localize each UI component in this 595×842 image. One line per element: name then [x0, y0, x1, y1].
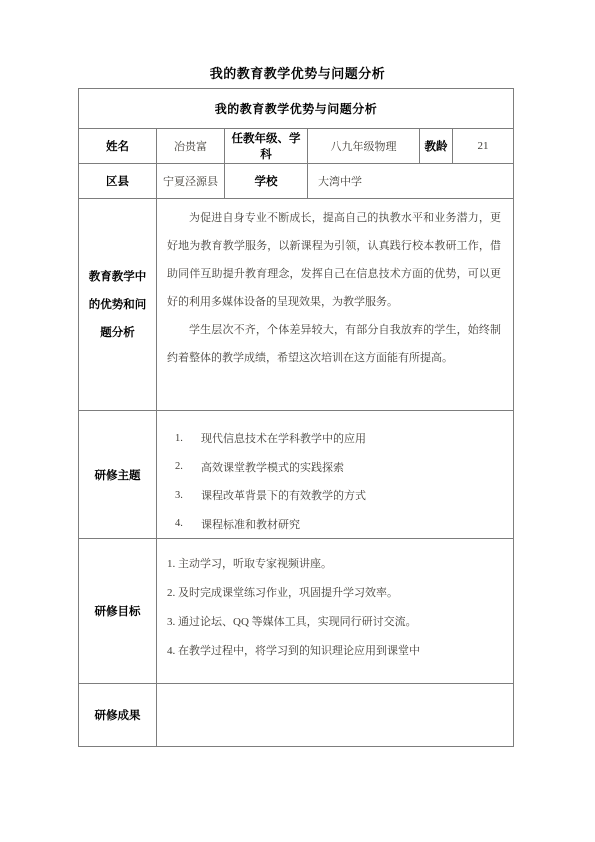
list-item: 2. 高效课堂教学模式的实践探索 — [167, 453, 501, 482]
analysis-row: 教育教学中 的优势和问 题分析 为促进自身专业不断成长，提高自己的执教水平和业务… — [79, 199, 514, 411]
grade-subject-label: 任教年级、学科 — [225, 129, 308, 164]
analysis-paragraph-1: 为促进自身专业不断成长，提高自己的执教水平和业务潜力，更好地为教育教学服务，以新… — [167, 204, 501, 316]
teaching-age-label: 教龄 — [420, 129, 453, 164]
list-item: 2. 及时完成课堂练习作业，巩固提升学习效率。 — [167, 579, 501, 608]
results-label: 研修成果 — [79, 684, 157, 747]
goals-row: 研修目标 1. 主动学习，听取专家视频讲座。 2. 及时完成课堂练习作业，巩固提… — [79, 539, 514, 684]
list-item: 3. 通过论坛、QQ 等媒体工具，实现同行研讨交流。 — [167, 608, 501, 637]
results-content — [157, 684, 514, 747]
info-row-name: 姓名 冶贵富 任教年级、学科 八九年级物理 教龄 21 — [79, 129, 514, 164]
goals-content: 1. 主动学习，听取专家视频讲座。 2. 及时完成课堂练习作业，巩固提升学习效率… — [157, 539, 514, 684]
analysis-paragraph-2: 学生层次不齐，个体差异较大，有部分自我放弃的学生，始终制约着整体的教学成绩，希望… — [167, 316, 501, 372]
table-title: 我的教育教学优势与问题分析 — [79, 89, 514, 129]
list-item-text: 现代信息技术在学科教学中的应用 — [201, 430, 366, 446]
report-table: 我的教育教学优势与问题分析 姓名 冶贵富 任教年级、学科 八九年级物理 教龄 2… — [78, 88, 514, 747]
list-item: 3. 课程改革背景下的有效教学的方式 — [167, 481, 501, 510]
goals-label: 研修目标 — [79, 539, 157, 684]
grade-subject-value: 八九年级物理 — [308, 129, 420, 164]
list-item-number: 3. — [167, 490, 201, 501]
themes-row: 研修主题 1. 现代信息技术在学科教学中的应用 2. 高效课堂教学模式的实践探索… — [79, 411, 514, 539]
themes-list: 1. 现代信息技术在学科教学中的应用 2. 高效课堂教学模式的实践探索 3. 课… — [167, 416, 501, 538]
list-item-number: 1. — [167, 433, 201, 444]
info-row-district: 区县 宁夏泾源县 学校 大湾中学 — [79, 164, 514, 199]
list-item-number: 4. — [167, 518, 201, 529]
list-item-text: 课程改革背景下的有效教学的方式 — [201, 487, 366, 503]
document-page: 我的教育教学优势与问题分析 我的教育教学优势与问题分析 姓名 冶贵富 任教年级、… — [0, 0, 595, 842]
themes-label: 研修主题 — [79, 411, 157, 539]
results-row: 研修成果 — [79, 684, 514, 747]
district-value: 宁夏泾源县 — [157, 164, 225, 199]
list-item-text: 高效课堂教学模式的实践探索 — [201, 459, 344, 475]
list-item: 1. 主动学习，听取专家视频讲座。 — [167, 550, 501, 579]
school-label: 学校 — [225, 164, 308, 199]
list-item: 1. 现代信息技术在学科教学中的应用 — [167, 424, 501, 453]
name-value: 冶贵富 — [157, 129, 225, 164]
analysis-label: 教育教学中 的优势和问 题分析 — [79, 199, 157, 411]
document-title: 我的教育教学优势与问题分析 — [0, 63, 595, 82]
list-item: 4. 在教学过程中，将学习到的知识理论应用到课堂中 — [167, 637, 501, 666]
list-item-text: 课程标准和教材研究 — [201, 516, 300, 532]
list-item: 4. 课程标准和教材研究 — [167, 510, 501, 539]
teaching-age-value: 21 — [453, 129, 514, 164]
table-header-row: 我的教育教学优势与问题分析 — [79, 89, 514, 129]
analysis-content: 为促进自身专业不断成长，提高自己的执教水平和业务潜力，更好地为教育教学服务，以新… — [157, 199, 514, 411]
list-item-number: 2. — [167, 461, 201, 472]
goals-list: 1. 主动学习，听取专家视频讲座。 2. 及时完成课堂练习作业，巩固提升学习效率… — [167, 544, 501, 666]
name-label: 姓名 — [79, 129, 157, 164]
themes-content: 1. 现代信息技术在学科教学中的应用 2. 高效课堂教学模式的实践探索 3. 课… — [157, 411, 514, 539]
district-label: 区县 — [79, 164, 157, 199]
school-value: 大湾中学 — [308, 164, 514, 199]
